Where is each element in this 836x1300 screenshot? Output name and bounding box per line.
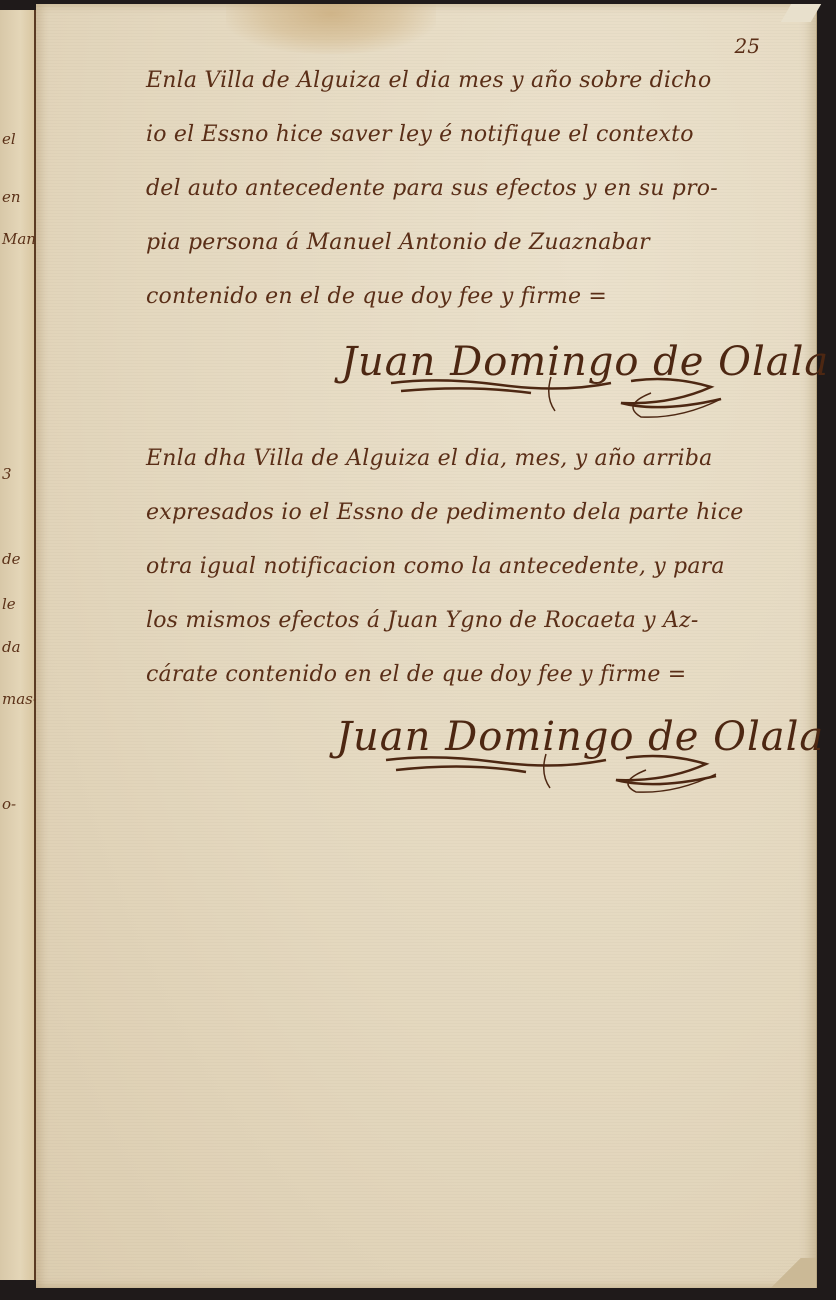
manuscript-page: 25 Enla Villa de Alguiza el dia mes y añ…	[36, 4, 817, 1288]
text-line: contenido en el de que doy fee y firme =	[146, 270, 796, 324]
notification-entry-2: Enla dha Villa de Alguiza el dia, mes, y…	[146, 432, 796, 702]
margin-fragment: Man	[2, 230, 36, 248]
margin-fragment: mas-	[2, 690, 38, 708]
notification-entry-1: Enla Villa de Alguiza el dia mes y año s…	[146, 54, 796, 324]
margin-fragment: o-	[2, 795, 16, 813]
text-line: pia persona á Manuel Antonio de Zuaznaba…	[146, 216, 796, 270]
text-line: cárate contenido en el de que doy fee y …	[146, 648, 796, 702]
text-line: otra igual notificacion como la antecede…	[146, 540, 796, 594]
signature-2: Juan Domingo de Olala	[336, 714, 824, 760]
margin-fragment: el	[2, 130, 16, 148]
previous-page-margin: el en Man 3 de le da mas- o-	[0, 10, 36, 1280]
margin-fragment: en	[2, 188, 21, 206]
curled-corner	[756, 1258, 816, 1288]
paper-tab	[781, 4, 821, 22]
text-line: los mismos efectos á Juan Ygno de Rocaet…	[146, 594, 796, 648]
signature-1: Juan Domingo de Olala	[341, 339, 829, 385]
signature-flourish-icon	[381, 373, 751, 419]
text-line: del auto antecedente para sus efectos y …	[146, 162, 796, 216]
text-line: expresados io el Essno de pedimento dela…	[146, 486, 796, 540]
margin-fragment: da	[2, 638, 21, 656]
water-stain	[226, 4, 436, 54]
text-line: io el Essno hice saver ley é notifique e…	[146, 108, 796, 162]
text-line: Enla Villa de Alguiza el dia mes y año s…	[146, 54, 796, 108]
margin-fragment: de	[2, 550, 20, 568]
signature-flourish-icon	[376, 748, 746, 794]
margin-fragment: 3	[2, 465, 12, 483]
margin-fragment: le	[2, 595, 16, 613]
text-line: Enla dha Villa de Alguiza el dia, mes, y…	[146, 432, 796, 486]
